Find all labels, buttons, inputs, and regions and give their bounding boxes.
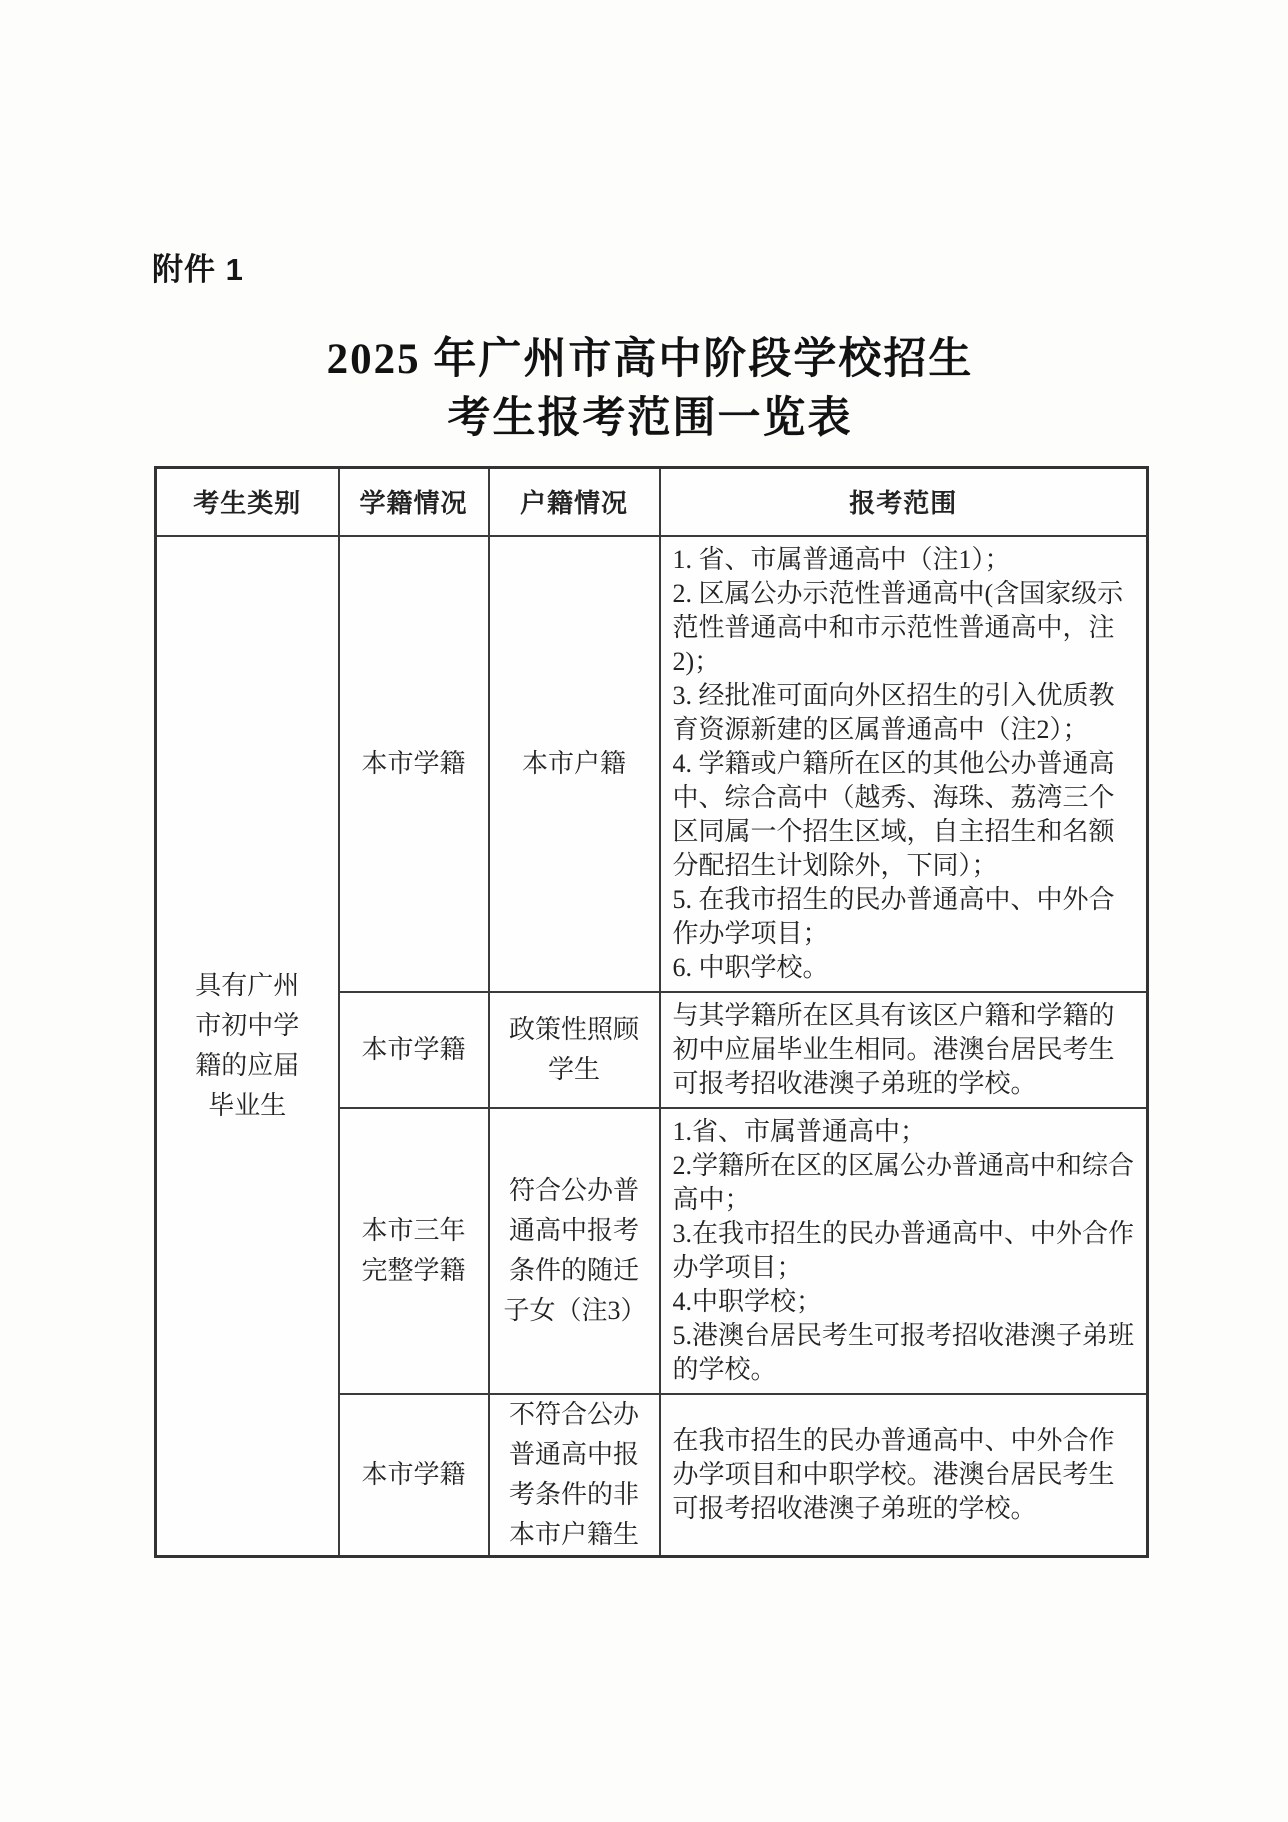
scope-item: 1. 省、市属普通高中（注1）； [673, 543, 1135, 577]
scope-item: 1.省、市属普通高中； [673, 1115, 1135, 1149]
scope-item: 2. 区属公办示范性普通高中(含国家级示范性普通高中和市示范性普通高中，注2)； [673, 577, 1135, 679]
title-line-1: 2025 年广州市高中阶段学校招生 [154, 330, 1146, 389]
title-line-2: 考生报考范围一览表 [154, 389, 1146, 448]
scope-item: 3.在我市招生的民办普通高中、中外合作办学项目； [673, 1217, 1135, 1285]
document-title: 2025 年广州市高中阶段学校招生 考生报考范围一览表 [154, 330, 1146, 448]
scope-item: 3. 经批准可面向外区招生的引入优质教育资源新建的区属普通高中（注2）； [673, 679, 1135, 747]
household-status-cell: 本市户籍 [489, 536, 660, 992]
student-status-cell: 本市三年完整学籍 [339, 1108, 489, 1394]
scope-item: 4. 学籍或户籍所在区的其他公办普通高中、综合高中（越秀、海珠、荔湾三个区同属一… [673, 747, 1135, 883]
application-scope-cell: 与其学籍所在区具有该区户籍和学籍的初中应届毕业生相同。港澳台居民考生可报考招收港… [660, 992, 1148, 1108]
header-household-status: 户籍情况 [489, 468, 660, 536]
table-row: 具有广州市初中学籍的应届毕业生 本市学籍 本市户籍 1. 省、市属普通高中（注1… [156, 536, 1148, 992]
scope-item: 4.中职学校； [673, 1285, 1135, 1319]
application-scope-cell: 1.省、市属普通高中； 2.学籍所在区的区属公办普通高中和综合高中； 3.在我市… [660, 1108, 1148, 1394]
household-status-cell: 符合公办普通高中报考条件的随迁子女（注3） [489, 1108, 660, 1394]
scope-item: 5. 在我市招生的民办普通高中、中外合作办学项目； [673, 883, 1135, 951]
scope-item: 5.港澳台居民考生可报考招收港澳子弟班的学校。 [673, 1319, 1135, 1387]
header-student-status: 学籍情况 [339, 468, 489, 536]
application-scope-cell: 在我市招生的民办普通高中、中外合作办学项目和中职学校。港澳台居民考生可报考招收港… [660, 1394, 1148, 1557]
document-page: 附件 1 2025 年广州市高中阶段学校招生 考生报考范围一览表 考生类别 学籍… [0, 0, 1288, 1822]
student-status-cell: 本市学籍 [339, 536, 489, 992]
household-status-cell: 政策性照顾学生 [489, 992, 660, 1108]
table-header-row: 考生类别 学籍情况 户籍情况 报考范围 [156, 468, 1148, 536]
scope-item: 2.学籍所在区的区属公办普通高中和综合高中； [673, 1149, 1135, 1217]
student-status-cell: 本市学籍 [339, 992, 489, 1108]
student-status-cell: 本市学籍 [339, 1394, 489, 1557]
household-status-cell: 不符合公办普通高中报考条件的非本市户籍生 [489, 1394, 660, 1557]
header-candidate-category: 考生类别 [156, 468, 339, 536]
category-cell: 具有广州市初中学籍的应届毕业生 [156, 536, 339, 1557]
scope-item: 与其学籍所在区具有该区户籍和学籍的初中应届毕业生相同。港澳台居民考生可报考招收港… [673, 999, 1135, 1101]
application-scope-cell: 1. 省、市属普通高中（注1）； 2. 区属公办示范性普通高中(含国家级示范性普… [660, 536, 1148, 992]
scope-item: 6. 中职学校。 [673, 951, 1135, 985]
attachment-label: 附件 1 [152, 244, 244, 289]
admission-scope-table: 考生类别 学籍情况 户籍情况 报考范围 具有广州市初中学籍的应届毕业生 本市学籍… [154, 466, 1149, 1558]
header-application-scope: 报考范围 [660, 468, 1148, 536]
scope-item: 在我市招生的民办普通高中、中外合作办学项目和中职学校。港澳台居民考生可报考招收港… [673, 1424, 1135, 1526]
